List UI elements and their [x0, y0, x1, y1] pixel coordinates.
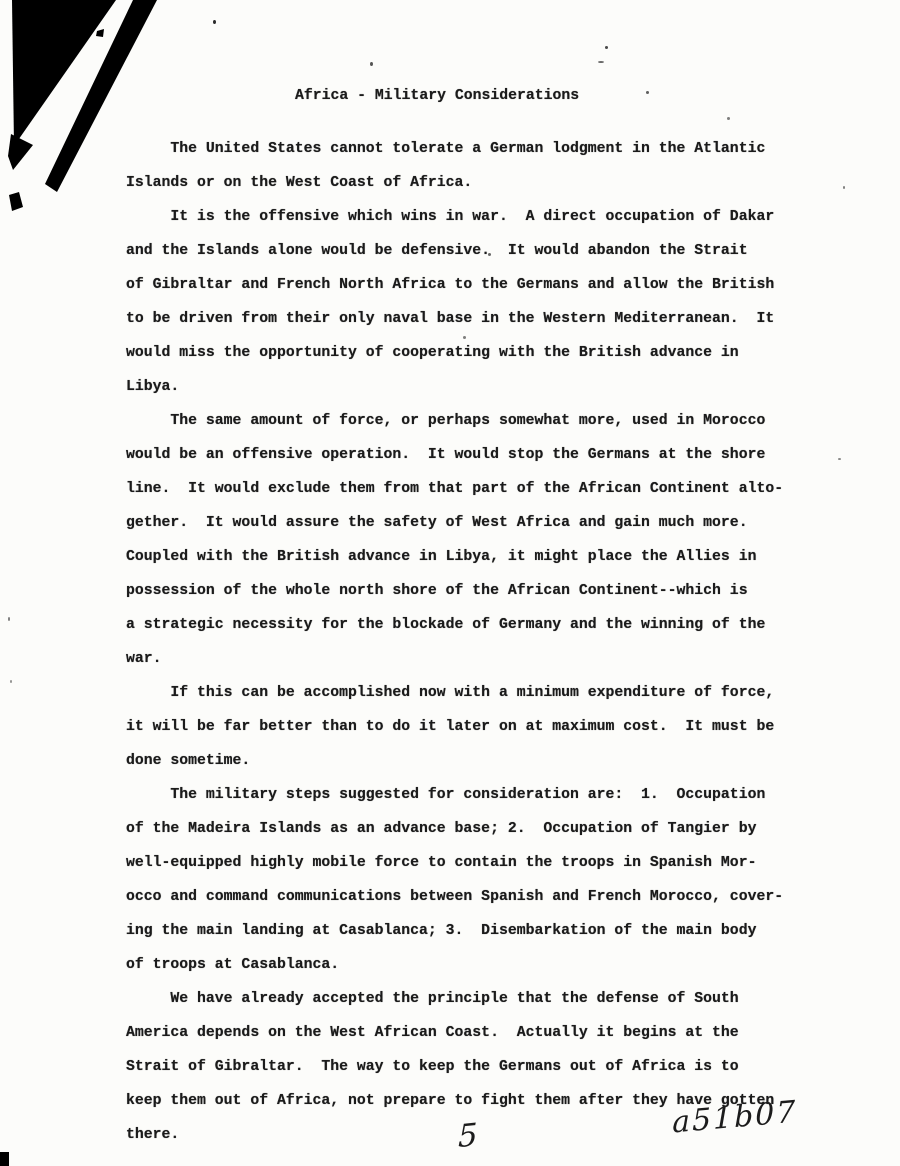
scan-speck: [646, 91, 649, 94]
text-line: Strait of Gibraltar. The way to keep the…: [126, 1050, 783, 1084]
scan-speck: [8, 617, 10, 621]
text-line: line. It would exclude them from that pa…: [126, 472, 783, 506]
text-line: gether. It would assure the safety of We…: [126, 506, 783, 540]
text-line: If this can be accomplished now with a m…: [126, 676, 783, 710]
document-page: Africa - Military Considerations The Uni…: [0, 0, 900, 1166]
text-line: The military steps suggested for conside…: [126, 778, 783, 812]
text-line: America depends on the West African Coas…: [126, 1016, 783, 1050]
text-line: possession of the whole north shore of t…: [126, 574, 783, 608]
text-line: of Gibraltar and French North Africa to …: [126, 268, 783, 302]
scan-speck: [370, 62, 373, 66]
text-line: well-equipped highly mobile force to con…: [126, 846, 783, 880]
scan-edge-mark: [0, 1152, 9, 1166]
scan-speck: [598, 61, 604, 63]
text-line: The United States cannot tolerate a Germ…: [126, 132, 783, 166]
scan-speck: [727, 117, 730, 120]
scan-speck: [843, 186, 845, 189]
text-line: We have already accepted the principle t…: [126, 982, 783, 1016]
text-line: The same amount of force, or perhaps som…: [126, 404, 783, 438]
text-line: to be driven from their only naval base …: [126, 302, 783, 336]
text-line: ing the main landing at Casablanca; 3. D…: [126, 914, 783, 948]
text-line: occo and command communications between …: [126, 880, 783, 914]
scan-speck: [605, 46, 608, 49]
document-body: The United States cannot tolerate a Germ…: [126, 132, 783, 1152]
text-line: Libya.: [126, 370, 783, 404]
text-line: would miss the opportunity of cooperatin…: [126, 336, 783, 370]
text-line: would be an offensive operation. It woul…: [126, 438, 783, 472]
text-line: of troops at Casablanca.: [126, 948, 783, 982]
text-line: a strategic necessity for the blockade o…: [126, 608, 783, 642]
text-line: done sometime.: [126, 744, 783, 778]
text-line: war.: [126, 642, 783, 676]
scan-speck: [10, 680, 12, 683]
text-line: Islands or on the West Coast of Africa.: [126, 166, 783, 200]
text-line: Coupled with the British advance in Liby…: [126, 540, 783, 574]
scan-speck: [213, 20, 216, 24]
text-line: and the Islands alone would be defensive…: [126, 234, 783, 268]
text-line: It is the offensive which wins in war. A…: [126, 200, 783, 234]
text-line: it will be far better than to do it late…: [126, 710, 783, 744]
page-title: Africa - Military Considerations: [295, 86, 579, 106]
handwritten-page-number: 5: [458, 1117, 478, 1155]
scan-speck: [838, 458, 841, 460]
text-line: of the Madeira Islands as an advance bas…: [126, 812, 783, 846]
